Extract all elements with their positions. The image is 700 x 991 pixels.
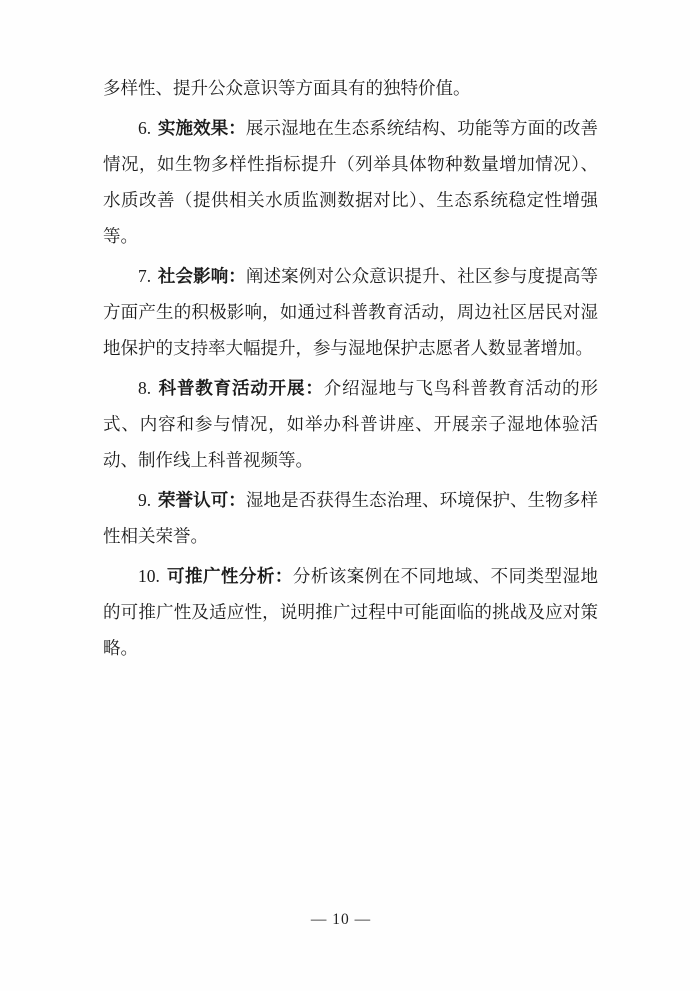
document-page: 多样性、提升公众意识等方面具有的独特价值。 6.实施效果：展示湿地在生态系统结构… xyxy=(0,0,700,991)
item-7-number: 7. xyxy=(138,266,151,286)
item-9-label: 荣誉认可： xyxy=(158,490,246,510)
item-9-number: 9. xyxy=(138,490,151,510)
page-number: — 10 — xyxy=(311,911,371,928)
paragraph-item-9: 9.荣誉认可：湿地是否获得生态治理、环境保护、生物多样性相关荣誉。 xyxy=(103,482,598,554)
paragraph-item-8: 8.科普教育活动开展：介绍湿地与飞鸟科普教育活动的形式、内容和参与情况，如举办科… xyxy=(103,370,598,478)
item-10-number: 10. xyxy=(138,566,160,586)
paragraph-item-6: 6.实施效果：展示湿地在生态系统结构、功能等方面的改善情况，如生物多样性指标提升… xyxy=(103,110,598,254)
paragraph-continuation: 多样性、提升公众意识等方面具有的独特价值。 xyxy=(103,70,598,106)
page-footer: — 10 — xyxy=(0,904,682,936)
item-8-label: 科普教育活动开展： xyxy=(158,378,324,398)
item-8-number: 8. xyxy=(138,378,151,398)
page-content: 多样性、提升公众意识等方面具有的独特价值。 6.实施效果：展示湿地在生态系统结构… xyxy=(103,70,598,666)
item-7-label: 社会影响： xyxy=(158,266,246,286)
paragraph-item-10: 10.可推广性分析：分析该案例在不同地域、不同类型湿地的可推广性及适应性，说明推… xyxy=(103,558,598,666)
item-10-label: 可推广性分析： xyxy=(167,566,293,586)
item-6-label: 实施效果： xyxy=(158,118,246,138)
paragraph-item-7: 7.社会影响：阐述案例对公众意识提升、社区参与度提高等方面产生的积极影响，如通过… xyxy=(103,258,598,366)
item-6-number: 6. xyxy=(138,118,151,138)
